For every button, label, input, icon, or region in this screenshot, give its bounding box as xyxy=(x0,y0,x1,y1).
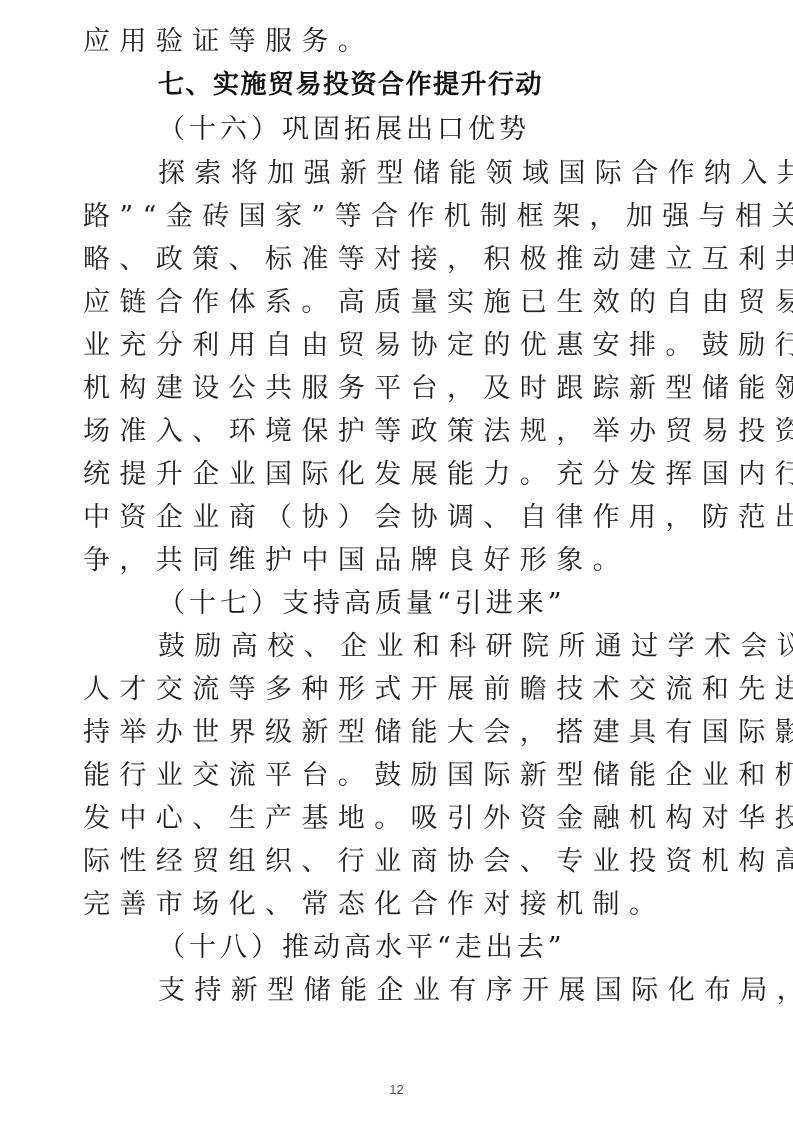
subsection-heading: （十八）推动高水平“走出去” xyxy=(158,926,793,969)
body-line: 场准入、环境保护等政策法规，举办贸易投资相关培训，系 xyxy=(83,410,723,453)
subsection-heading: （十六）巩固拓展出口优势 xyxy=(158,108,793,151)
body-line: 人才交流等多种形式开展前瞻技术交流和先进技术引进，支 xyxy=(83,668,723,711)
body-line: 际性经贸组织、行业商协会、专业投资机构高效互动，建立 xyxy=(83,840,723,883)
body-line: 完善市场化、常态化合作对接机制。 xyxy=(83,883,723,926)
body-line: 发中心、生产基地。吸引外资金融机构对华投资，强化与国 xyxy=(83,797,723,840)
body-line: 中资企业商（协）会协调、自律作用，防范出口领域恶意竞 xyxy=(83,496,723,539)
body-line: 探索将加强新型储能领域国际合作纳入共建“一带一 xyxy=(158,152,793,195)
document-page: 应用验证等服务。 七、实施贸易投资合作提升行动 （十六）巩固拓展出口优势 探索将… xyxy=(0,0,793,1123)
body-line: 统提升企业国际化发展能力。充分发挥国内行业组织和境外 xyxy=(83,453,723,496)
page-number: 12 xyxy=(0,1082,793,1097)
body-line: 争，共同维护中国品牌良好形象。 xyxy=(83,539,723,582)
section-heading: 七、实施贸易投资合作提升行动 xyxy=(158,64,793,107)
body-line: 路”“金砖国家”等合作机制框架，加强与相关国家资源战 xyxy=(83,195,723,238)
subsection-heading: （十七）支持高质量“引进来” xyxy=(158,582,793,625)
body-line: 能行业交流平台。鼓励国际新型储能企业和机构在华设立研 xyxy=(83,754,723,797)
body-line: 持举办世界级新型储能大会，搭建具有国际影响力的新型储 xyxy=(83,711,723,754)
body-line: 机构建设公共服务平台，及时跟踪新型储能领域相关国家市 xyxy=(83,367,723,410)
body-line: 支持新型储能企业有序开展国际化布局，研究海外布局 xyxy=(158,969,793,1012)
body-line: 鼓励高校、企业和科研院所通过学术会议、联合攻关、 xyxy=(158,625,793,668)
body-line: 应链合作体系。高质量实施已生效的自由贸易协定，支持企 xyxy=(83,281,723,324)
body-line: 业充分利用自由贸易协定的优惠安排。鼓励行业组织、智库 xyxy=(83,324,723,367)
body-line: 略、政策、标准等对接，积极推动建立互利共赢的产业链供 xyxy=(83,238,723,281)
body-line: 应用验证等服务。 xyxy=(83,20,723,63)
